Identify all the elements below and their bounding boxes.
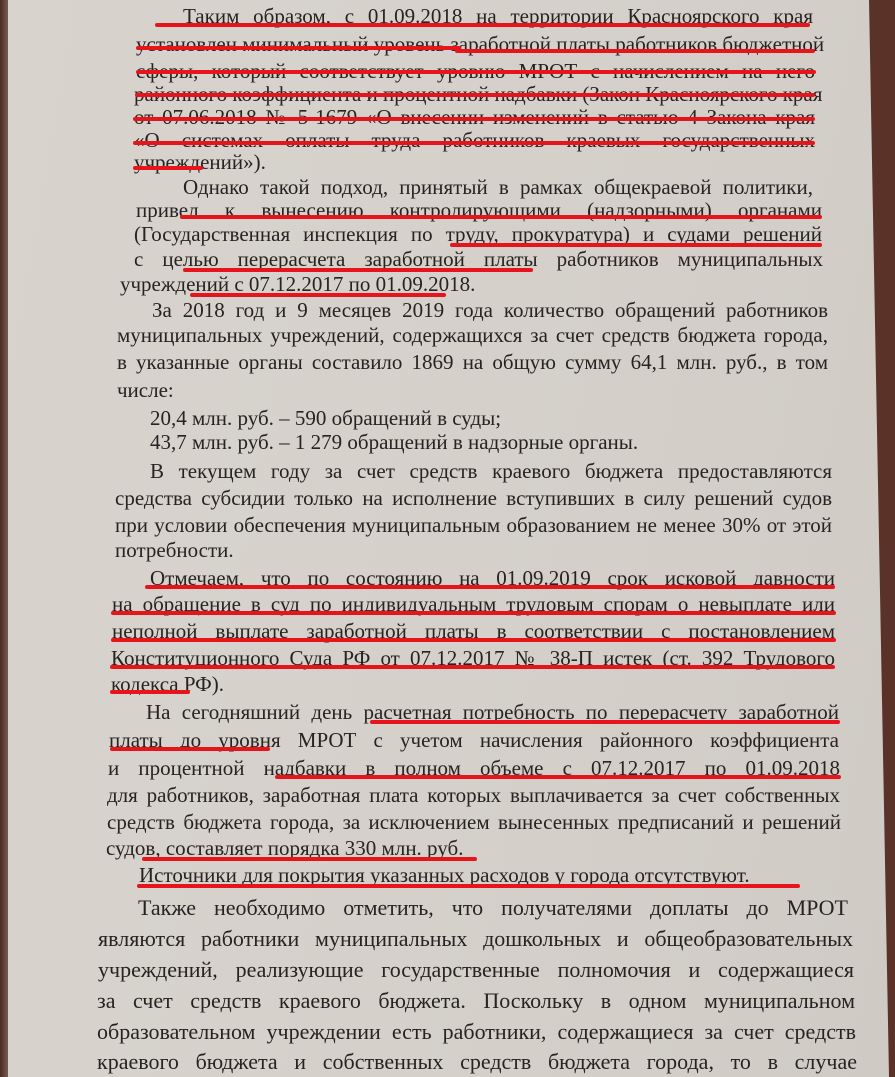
underline-mark: [133, 117, 815, 121]
underline-mark: [142, 857, 477, 861]
underline-mark: [135, 93, 815, 97]
text-line: в указанные органы составило 1869 на общ…: [117, 350, 828, 374]
text-line: В текущем году за счет средств краевого …: [150, 459, 832, 483]
text-line: Также необходимо отметить, что получател…: [138, 896, 848, 920]
text-line: краевого бюджета и собственных средств б…: [97, 1050, 857, 1074]
underline-mark: [145, 585, 835, 589]
text-line: числе:: [117, 378, 174, 402]
underline-mark: [137, 884, 800, 888]
text-line: средств бюджета города, за исключением в…: [107, 810, 841, 834]
text-line: потребности.: [115, 538, 234, 562]
underline-mark: [180, 215, 822, 219]
underline-mark: [133, 141, 815, 145]
text-line: муниципальных учреждений, содержащихся з…: [117, 323, 828, 347]
underline-mark: [183, 268, 533, 272]
underline-mark: [111, 611, 836, 615]
text-line: при условии обеспечения муниципальным об…: [115, 513, 832, 537]
underline-mark: [450, 243, 822, 247]
document-body: Таким образом, с 01.09.2018 на территори…: [0, 0, 895, 1077]
underline-mark: [275, 775, 841, 779]
underline-mark: [155, 23, 810, 27]
text-line: За 2018 год и 9 месяцев 2019 года количе…: [152, 298, 828, 322]
underline-mark: [370, 720, 840, 724]
list-item: 43,7 млн. руб. – 1 279 обращений в надзо…: [150, 430, 638, 454]
text-line: Однако такой подход, принятый в рамках о…: [183, 175, 813, 199]
underline-mark: [110, 747, 270, 751]
underline-mark: [110, 665, 835, 669]
underline-mark: [136, 46, 461, 50]
underline-mark: [190, 293, 446, 297]
underline-mark: [110, 690, 190, 694]
text-line: учреждений, реализующие государственные …: [98, 958, 854, 982]
underline-mark: [133, 166, 203, 170]
text-line: учреждений»).: [134, 150, 266, 174]
text-line: за счет средств краевого бюджета. Поскол…: [97, 989, 855, 1013]
text-line: «О системах оплаты труда работников крае…: [134, 128, 815, 152]
text-line: образовательном учреждении есть работник…: [97, 1020, 856, 1044]
underline-mark: [455, 49, 815, 53]
text-line: для работников, заработная плата которых…: [107, 783, 840, 807]
text-line: являются работники муниципальных дошколь…: [98, 927, 853, 951]
underline-mark: [136, 70, 816, 74]
underline-mark: [111, 638, 836, 642]
list-item: 20,4 млн. руб. – 590 обращений в суды;: [150, 406, 501, 430]
text-line: средства субсидии только на исполнение в…: [115, 486, 832, 510]
